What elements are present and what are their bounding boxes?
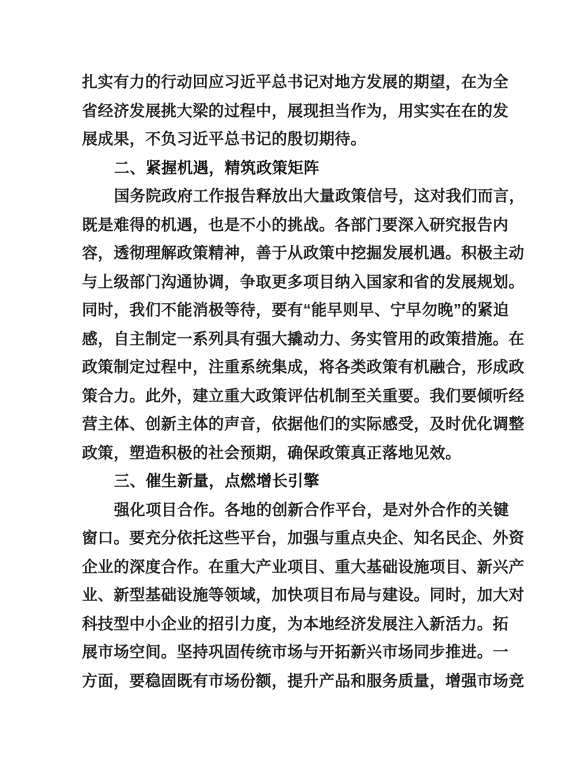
text-line: 科技型中小企业的招引力度，为本地经济发展注入新活力。拓 [82, 611, 508, 640]
text-line: 营主体、创新主体的声音，依据他们的实际感受，及时优化调整 [82, 411, 508, 440]
text-line: 企业的深度合作。在重大产业项目、重大基础设施项目、新兴产 [82, 554, 508, 583]
document-page: 扎实有力的行动回应习近平总书记对地方发展的期望，在为全省经济发展挑大梁的过程中，… [0, 0, 586, 759]
text-line: 展市场空间。坚持巩固传统市场与开拓新兴市场同步推进。一 [82, 639, 508, 668]
text-line: 强化项目合作。各地的创新合作平台，是对外合作的关键 [82, 497, 508, 526]
text-line: 业、新型基础设施等领域，加快项目布局与建设。同时，加大对 [82, 582, 508, 611]
text-line: 政策，塑造积极的社会预期，确保政策真正落地见效。 [82, 440, 508, 469]
text-line: 容，透彻理解政策精神，善于从政策中挖掘发展机遇。积极主动 [82, 240, 508, 269]
text-line: 同时，我们不能消极等待，要有“能早则早、宁早勿晚”的紧迫 [82, 297, 508, 326]
text-line: 窗口。要充分依托这些平台，加强与重点央企、知名民企、外资 [82, 525, 508, 554]
document-body: 扎实有力的行动回应习近平总书记对地方发展的期望，在为全省经济发展挑大梁的过程中，… [82, 69, 508, 696]
text-line: 扎实有力的行动回应习近平总书记对地方发展的期望，在为全 [82, 69, 508, 98]
section-heading: 二、紧握机遇，精筑政策矩阵 [82, 155, 508, 184]
text-line: 省经济发展挑大梁的过程中，展现担当作为，用实实在在的发 [82, 98, 508, 127]
text-line: 既是难得的机遇，也是不小的挑战。各部门要深入研究报告内 [82, 212, 508, 241]
section-heading: 三、催生新量，点燃增长引擎 [82, 468, 508, 497]
text-line: 与上级部门沟通协调，争取更多项目纳入国家和省的发展规划。 [82, 269, 508, 298]
text-line: 感，自主制定一系列具有强大撬动力、务实管用的政策措施。在 [82, 326, 508, 355]
text-line: 展成果，不负习近平总书记的殷切期待。 [82, 126, 508, 155]
text-line: 策合力。此外，建立重大政策评估机制至关重要。我们要倾听经 [82, 383, 508, 412]
text-line: 国务院政府工作报告释放出大量政策信号，这对我们而言， [82, 183, 508, 212]
text-line: 方面，要稳固既有市场份额，提升产品和服务质量，增强市场竞 [82, 668, 508, 697]
text-line: 政策制定过程中，注重系统集成，将各类政策有机融合，形成政 [82, 354, 508, 383]
